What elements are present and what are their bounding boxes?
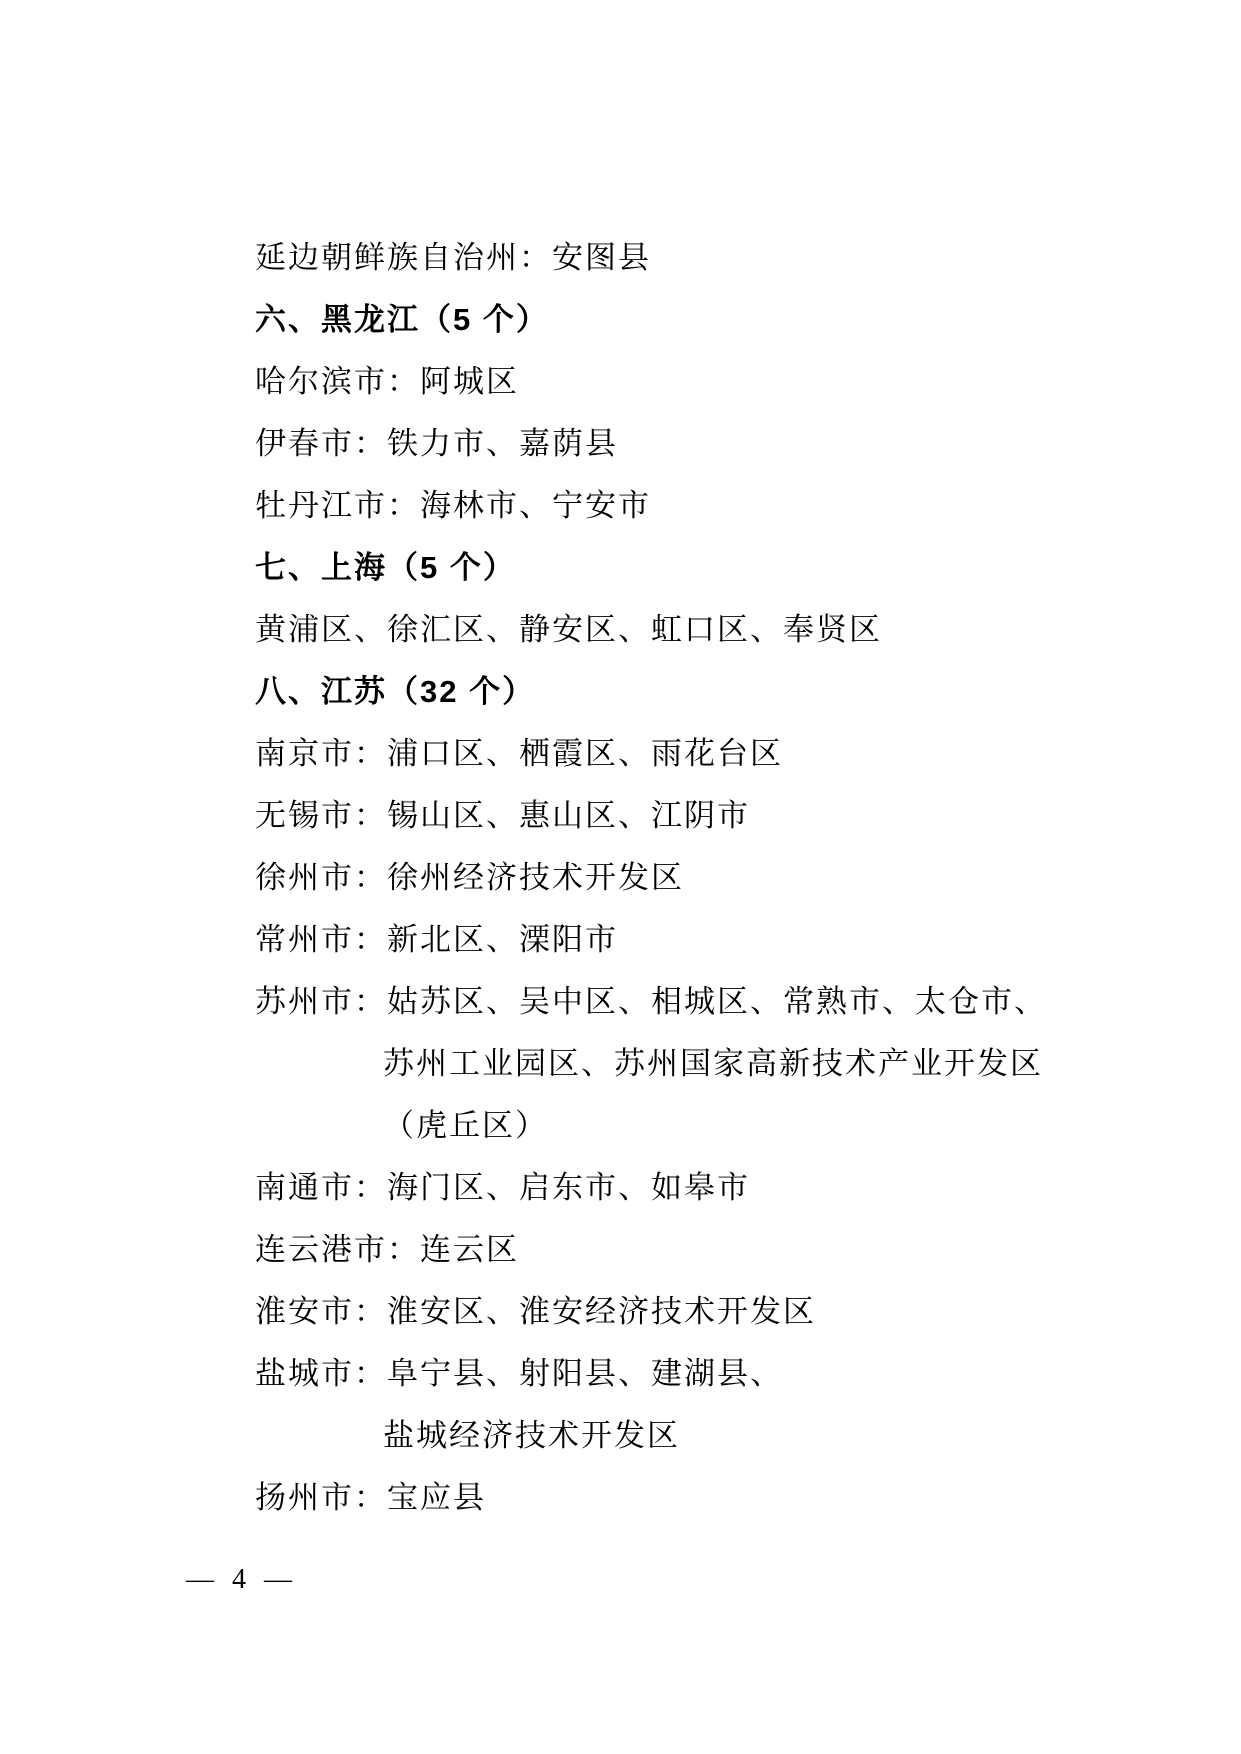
document-body: 延边朝鲜族自治州：安图县六、黑龙江（5 个）哈尔滨市：阿城区伊春市：铁力市、嘉荫…: [255, 227, 1175, 1529]
section-heading: 六、黑龙江（5 个）: [255, 289, 1175, 351]
document-line: 哈尔滨市：阿城区: [255, 351, 1175, 413]
section-heading: 八、江苏（32 个）: [255, 661, 1175, 723]
page-number: 4: [232, 1564, 246, 1595]
document-line: 伊春市：铁力市、嘉荫县: [255, 413, 1175, 475]
document-line: 淮安市：淮安区、淮安经济技术开发区: [255, 1281, 1175, 1343]
document-line: 扬州市：宝应县: [255, 1467, 1175, 1529]
document-line: （虎丘区）: [255, 1095, 1175, 1157]
section-heading: 七、上海（5 个）: [255, 537, 1175, 599]
document-page: 延边朝鲜族自治州：安图县六、黑龙江（5 个）哈尔滨市：阿城区伊春市：铁力市、嘉荫…: [0, 0, 1241, 1754]
footer-dash-right: —: [264, 1564, 292, 1595]
document-line: 苏州市：姑苏区、吴中区、相城区、常熟市、太仓市、: [255, 971, 1175, 1033]
document-line: 南通市：海门区、启东市、如皋市: [255, 1157, 1175, 1219]
document-line: 无锡市：锡山区、惠山区、江阴市: [255, 785, 1175, 847]
document-line: 延边朝鲜族自治州：安图县: [255, 227, 1175, 289]
document-line: 黄浦区、徐汇区、静安区、虹口区、奉贤区: [255, 599, 1175, 661]
document-line: 盐城经济技术开发区: [255, 1405, 1175, 1467]
document-line: 徐州市：徐州经济技术开发区: [255, 847, 1175, 909]
page-footer: — 4 —: [186, 1563, 292, 1597]
document-line: 牡丹江市：海林市、宁安市: [255, 475, 1175, 537]
document-line: 盐城市：阜宁县、射阳县、建湖县、: [255, 1343, 1175, 1405]
document-line: 苏州工业园区、苏州国家高新技术产业开发区: [255, 1033, 1175, 1095]
document-line: 常州市：新北区、溧阳市: [255, 909, 1175, 971]
document-line: 南京市：浦口区、栖霞区、雨花台区: [255, 723, 1175, 785]
document-line: 连云港市：连云区: [255, 1219, 1175, 1281]
footer-dash-left: —: [186, 1564, 214, 1595]
